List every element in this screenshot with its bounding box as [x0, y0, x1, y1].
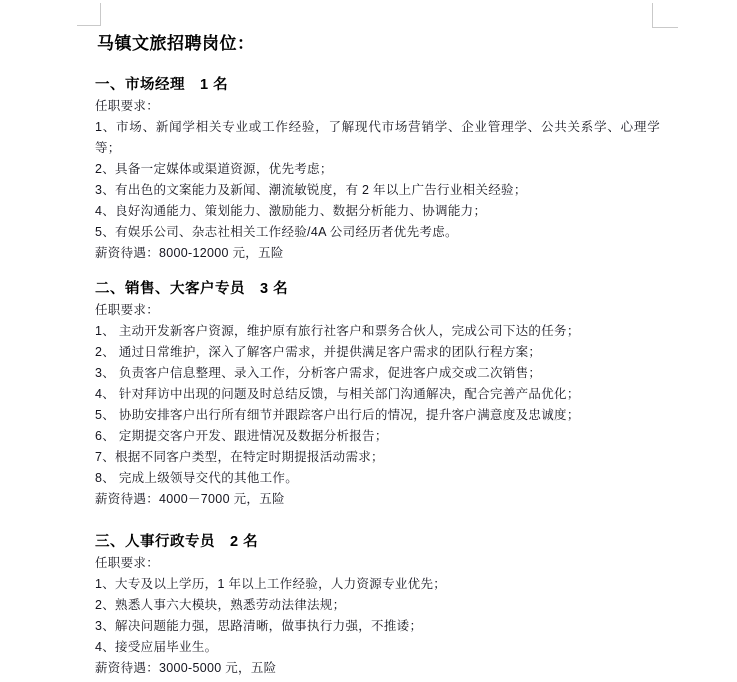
salary-line: 薪资待遇：4000－7000 元，五险	[95, 489, 660, 510]
requirement-item: 2、 通过日常维护，深入了解客户需求，并提供满足客户需求的团队行程方案；	[95, 342, 660, 363]
requirement-item: 3、解决问题能力强，思路清晰，做事执行力强，不推诿；	[95, 616, 660, 637]
section-sales-key-account: 二、销售、大客户专员 3 名 任职要求： 1、 主动开发新客户资源，维护原有旅行…	[95, 279, 660, 510]
salary-line: 薪资待遇：8000-12000 元，五险	[95, 243, 660, 264]
requirement-item: 4、良好沟通能力、策划能力、激励能力、数据分析能力、协调能力；	[95, 201, 660, 222]
requirement-item: 7、根据不同客户类型，在特定时期提报活动需求；	[95, 447, 660, 468]
requirements-label: 任职要求：	[95, 300, 660, 321]
text-boundary-mark-top-right-vertical	[652, 3, 653, 28]
text-boundary-mark-top-left-vertical	[100, 3, 101, 26]
requirement-item: 3、 负责客户信息整理、录入工作，分析客户需求，促进客户成交或二次销售；	[95, 363, 660, 384]
section-heading: 三、人事行政专员 2 名	[95, 532, 660, 553]
requirements-label: 任职要求：	[95, 553, 660, 574]
requirement-item: 5、有娱乐公司、杂志社相关工作经验/4A 公司经历者优先考虑。	[95, 222, 660, 243]
section-market-manager: 一、市场经理 1 名 任职要求： 1、市场、新闻学相关专业或工作经验，了解现代市…	[95, 75, 660, 264]
requirement-item: 5、 协助安排客户出行所有细节并跟踪客户出行后的情况，提升客户满意度及忠诚度；	[95, 405, 660, 426]
document-content: 马镇文旅招聘岗位： 一、市场经理 1 名 任职要求： 1、市场、新闻学相关专业或…	[95, 26, 660, 679]
section-heading: 二、销售、大客户专员 3 名	[95, 279, 660, 300]
requirement-item: 4、 针对拜访中出现的问题及时总结反馈，与相关部门沟通解决，配合完善产品优化；	[95, 384, 660, 405]
requirement-item: 2、熟悉人事六大模块，熟悉劳动法律法规；	[95, 595, 660, 616]
document-page[interactable]: 马镇文旅招聘岗位： 一、市场经理 1 名 任职要求： 1、市场、新闻学相关专业或…	[0, 0, 737, 682]
requirement-item: 3、有出色的文案能力及新闻、潮流敏锐度，有 2 年以上广告行业相关经验；	[95, 180, 660, 201]
salary-line: 薪资待遇：3000-5000 元，五险	[95, 658, 660, 679]
requirement-item: 6、 定期提交客户开发、跟进情况及数据分析报告；	[95, 426, 660, 447]
requirement-item: 2、具备一定媒体或渠道资源，优先考虑；	[95, 159, 660, 180]
requirement-item: 1、 主动开发新客户资源，维护原有旅行社客户和票务合伙人，完成公司下达的任务；	[95, 321, 660, 342]
requirement-item: 1、市场、新闻学相关专业或工作经验，了解现代市场营销学、企业管理学、公共关系学、…	[95, 117, 660, 159]
document-title: 马镇文旅招聘岗位：	[97, 32, 660, 56]
requirement-item: 4、接受应届毕业生。	[95, 637, 660, 658]
requirements-label: 任职要求：	[95, 96, 660, 117]
requirement-item: 8、 完成上级领导交代的其他工作。	[95, 468, 660, 489]
section-hr-admin: 三、人事行政专员 2 名 任职要求： 1、大专及以上学历，1 年以上工作经验，人…	[95, 532, 660, 679]
requirement-item: 1、大专及以上学历，1 年以上工作经验，人力资源专业优先；	[95, 574, 660, 595]
section-heading: 一、市场经理 1 名	[95, 75, 660, 96]
